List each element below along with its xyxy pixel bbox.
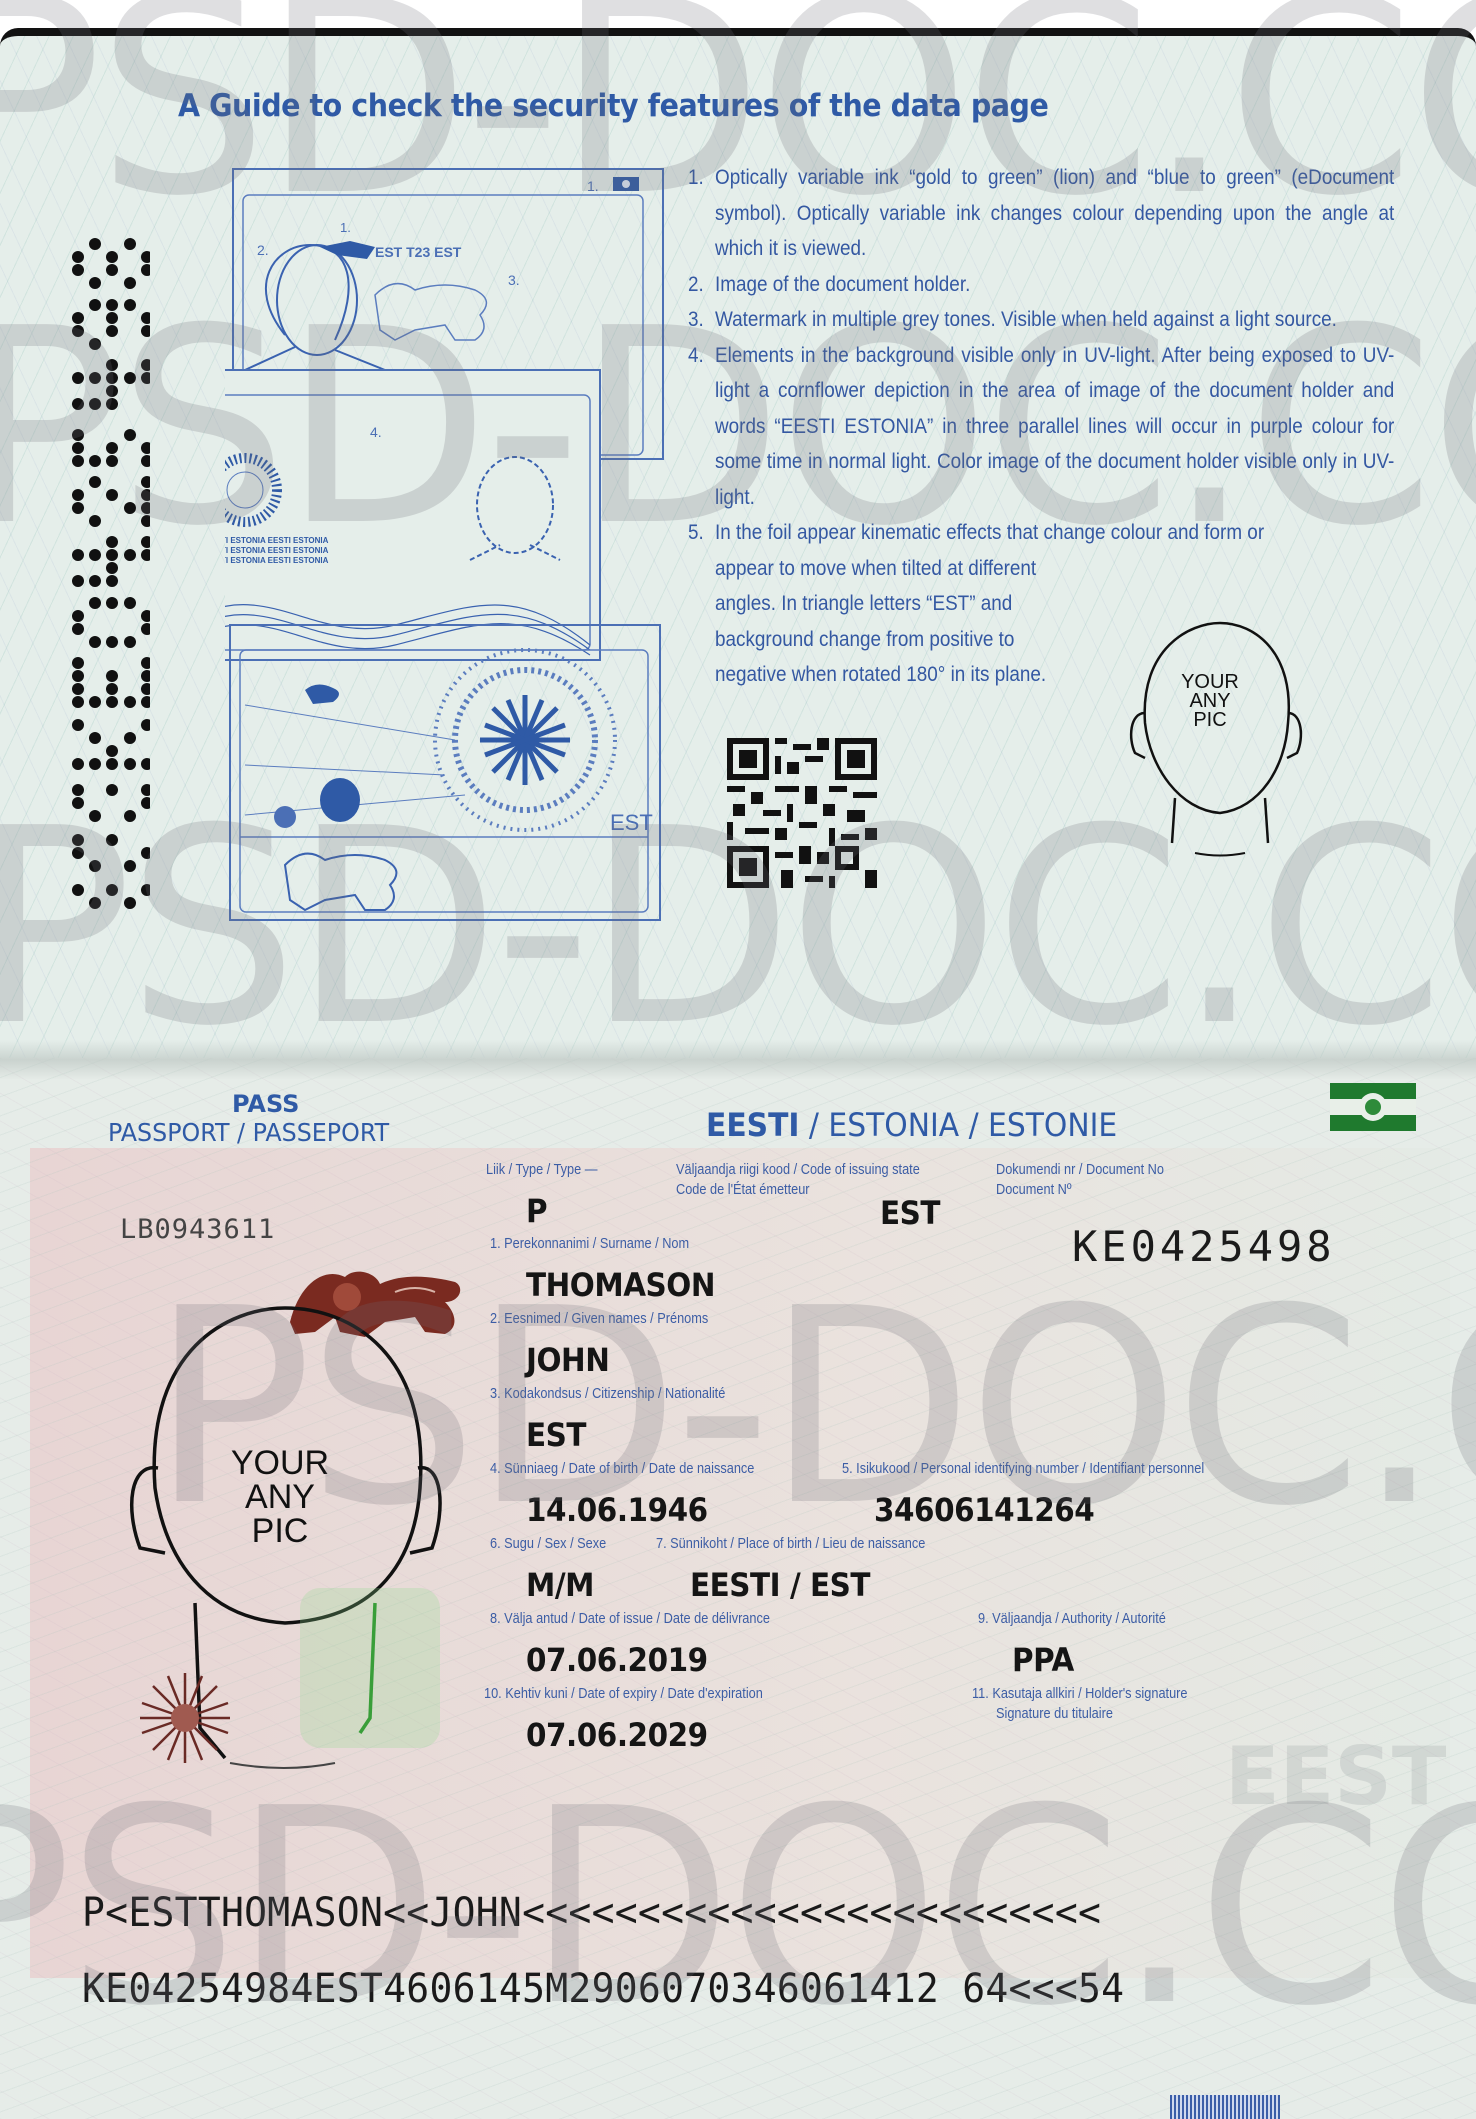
svg-text:EESTI ESTONIA EESTI ESTONIA: EESTI ESTONIA EESTI ESTONIA [225,546,329,555]
photo-label-line: ANY [200,1480,360,1514]
place-of-birth-label: 7. Sünnikoht / Place of birth / Lieu de … [656,1535,925,1552]
date-of-birth-label: 4. Sünniaeg / Date of birth / Date de na… [490,1460,754,1477]
svg-text:3.: 3. [508,272,520,288]
feature-text: Image of the document holder. [715,273,970,296]
citizenship-label: 3. Kodakondsus / Citizenship / Nationali… [490,1385,725,1402]
svg-text:EST: EST [610,810,653,835]
feature-number: 1. [688,160,704,196]
signature-label: 11. Kasutaja allkiri / Holder's signatur… [972,1685,1188,1702]
ghost-est-text: EEST [1225,1730,1446,1823]
feature-number: 2. [688,267,704,303]
citizenship-value: EST [526,1416,586,1454]
feature-text: In the foil appear kinematic effects tha… [715,521,1264,544]
qr-code [727,738,877,888]
expiry-date-label: 10. Kehtiv kuni / Date of expiry / Date … [484,1685,763,1702]
surname-value: THOMASON [526,1266,715,1304]
issuing-country-title: EESTI / ESTONIA / ESTONIE [706,1106,1117,1144]
guide-photo-label: YOUR ANY PIC [1160,673,1260,730]
guide-photo-placeholder [1120,618,1310,858]
data-page-illustration: 1. 1. 2. 3. EST T23 EST 4. EESTI ESTONIA… [225,165,665,925]
feature-item-2: 2.Image of the document holder. [688,267,1394,303]
sex-value: M/M [526,1566,594,1604]
country-name-translations: / ESTONIA / ESTONIE [799,1106,1117,1144]
svg-text:4.: 4. [370,424,382,440]
guide-title: A Guide to check the security features o… [178,88,1048,124]
photo-label-line: PIC [1160,711,1260,730]
mrz-line-2: KE04254984EST4606145M2906070346061412 64… [82,1966,1124,2012]
authority-value: PPA [1012,1641,1074,1679]
given-names-label: 2. Eesnimed / Given names / Prénoms [490,1310,708,1327]
mrz-line-1: P<ESTTHOMASON<<JOHN<<<<<<<<<<<<<<<<<<<<<… [82,1890,1101,1936]
personal-id-value: 34606141264 [874,1491,1094,1529]
svg-text:EST T23 EST: EST T23 EST [375,244,462,260]
signature-label-fr: Signature du titulaire [996,1705,1113,1722]
serial-number: LB0943611 [120,1214,275,1245]
photo-label-line: PIC [200,1514,360,1548]
security-features-list: 1.Optically variable ink “gold to green”… [688,160,1368,693]
country-name-estonian: EESTI [706,1106,799,1144]
personal-id-label: 5. Isikukood / Personal identifying numb… [842,1460,1204,1477]
feature-item-3: 3.Watermark in multiple grey tones. Visi… [688,302,1394,338]
svg-text:EESTI ESTONIA EESTI ESTONIA: EESTI ESTONIA EESTI ESTONIA [225,536,329,545]
type-value: P [526,1192,547,1230]
feature-text-continued: appear to move when tilted at different … [715,551,1057,693]
feature-item-4: 4.Elements in the background visible onl… [688,338,1394,516]
feature-text: Optically variable ink “gold to green” (… [715,166,1394,260]
document-type-title: PASS [232,1090,299,1118]
svg-text:1.: 1. [587,178,599,194]
svg-text:2.: 2. [257,242,269,258]
feature-text: Elements in the background visible only … [715,344,1394,509]
issuing-state-label: Väljaandja riigi kood / Code of issuing … [676,1161,920,1178]
document-type-subtitle: PASSPORT / PASSEPORT [108,1118,389,1147]
surname-label: 1. Perekonnanimi / Surname / Nom [490,1235,689,1252]
expiry-date-value: 07.06.2029 [526,1716,708,1754]
feature-number: 3. [688,302,704,338]
svg-text:1.: 1. [340,220,351,235]
authority-label: 9. Väljaandja / Authority / Autorité [978,1610,1166,1627]
sex-label: 6. Sugu / Sex / Sexe [490,1535,606,1552]
place-of-birth-value: EESTI / EST [690,1566,870,1604]
edocument-chip-icon [1330,1083,1416,1131]
document-number-label: Dokumendi nr / Document No [996,1161,1164,1178]
feature-item-1: 1.Optically variable ink “gold to green”… [688,160,1394,267]
page-fold [0,1040,1476,1080]
svg-text:EESTI ESTONIA EESTI ESTONIA: EESTI ESTONIA EESTI ESTONIA [225,556,329,565]
given-names-value: JOHN [526,1341,609,1379]
document-number-label-fr: Document Nº [996,1181,1072,1198]
date-of-birth-value: 14.06.1946 [526,1491,708,1529]
issuing-state-label-fr: Code de l'État émetteur [676,1181,810,1198]
page-edge-strip [1170,2095,1280,2119]
issuing-state-value: EST [880,1194,940,1232]
feature-number: 5. [688,515,704,551]
feature-number: 4. [688,338,704,374]
feature-text: Watermark in multiple grey tones. Visibl… [715,308,1337,331]
perforated-document-number [60,230,150,920]
type-label: Liik / Type / Type — [486,1161,598,1178]
issue-date-label: 8. Välja antud / Date of issue / Date de… [490,1610,770,1627]
holder-photo-label: YOUR ANY PIC [200,1446,360,1548]
photo-label-line: YOUR [200,1446,360,1480]
document-number-value: KE0425498 [1072,1222,1336,1271]
issue-date-value: 07.06.2019 [526,1641,708,1679]
